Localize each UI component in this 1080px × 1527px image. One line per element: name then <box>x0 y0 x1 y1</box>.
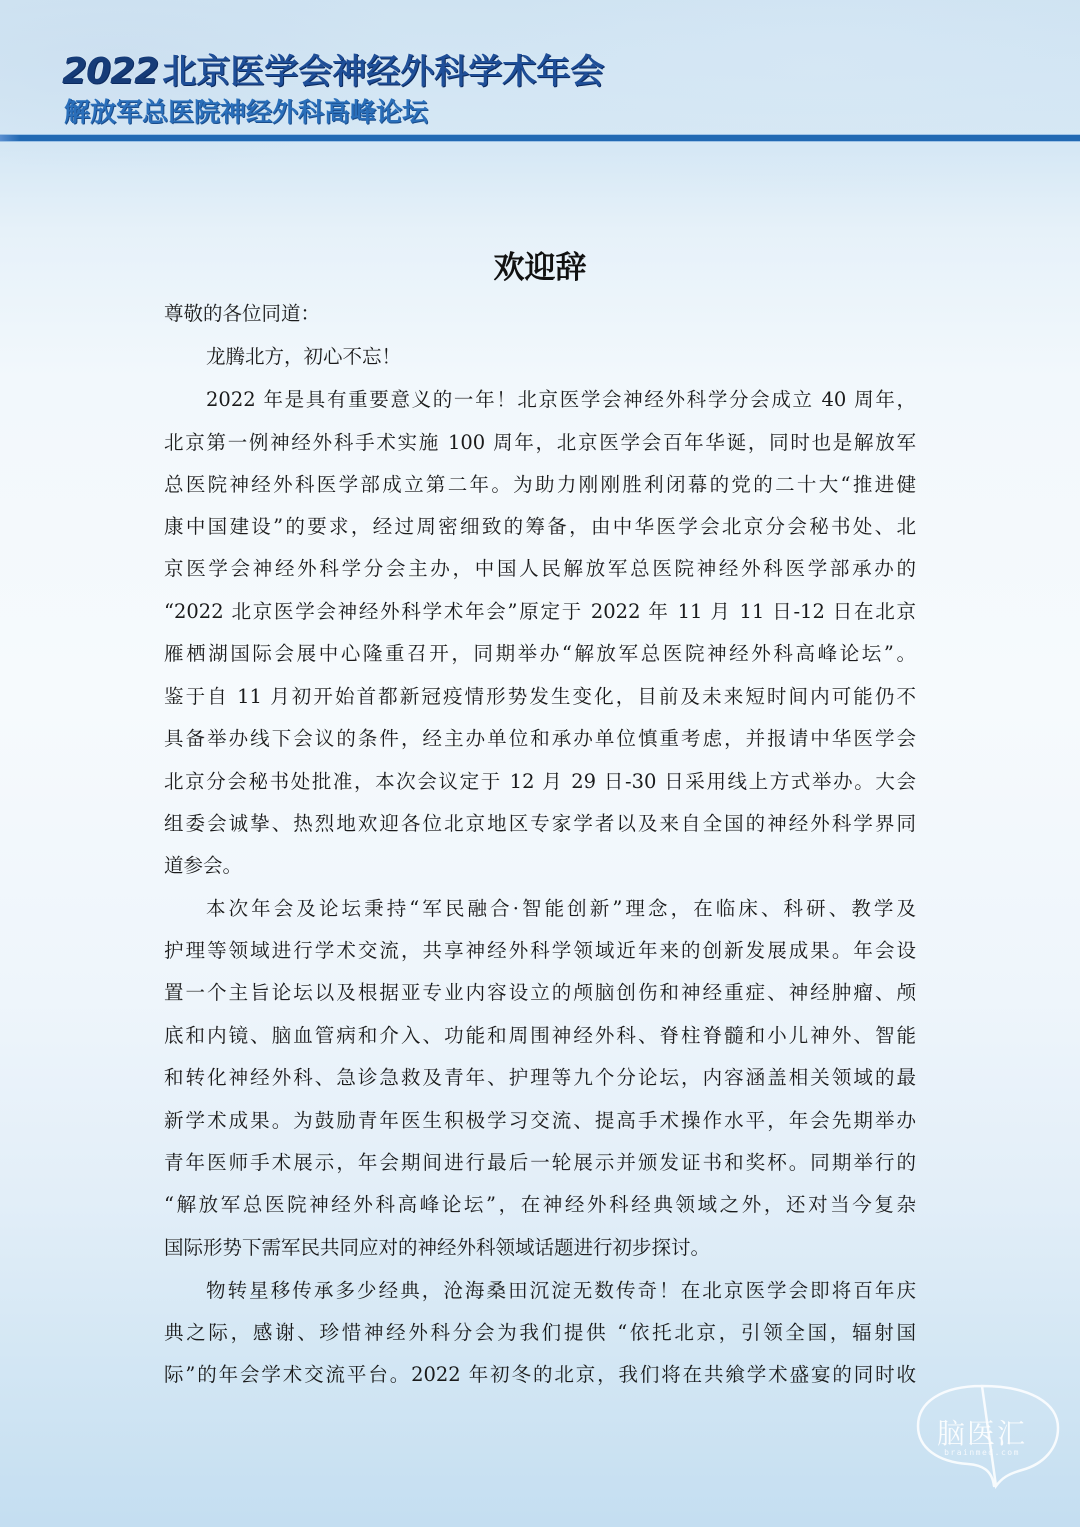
letter-line: 北京分会秘书处批准，本次会议定于 12 月 29 日-30 日采用线上方式举办。… <box>164 770 916 794</box>
letter-line: 际”的年会学术交流平台。2022 年初冬的北京，我们将在共飨学术盛宴的同时收 <box>164 1363 916 1387</box>
letter-line: 国际形势下需军民共同应对的神经外科领域话题进行初步探讨。 <box>164 1236 916 1260</box>
letter-line: “解放军总医院神经外科高峰论坛”，在神经外科经典领域之外，还对当今复杂 <box>164 1193 916 1217</box>
letter-line: 典之际，感谢、珍惜神经外科分会为我们提供 “依托北京，引领全国，辐射国 <box>164 1321 916 1345</box>
forum-subtitle: 解放军总医院神经外科高峰论坛 <box>64 92 428 129</box>
letter-line: 雁栖湖国际会展中心隆重召开，同期举办“解放军总医院神经外科高峰论坛”。 <box>164 642 916 666</box>
page-header: 2022北京医学会神经外科学术年会 解放军总医院神经外科高峰论坛 <box>0 0 1080 150</box>
header-divider <box>0 135 1080 141</box>
letter-line: 北京第一例神经外科手术实施 100 周年，北京医学会百年华诞，同时也是解放军 <box>164 431 916 455</box>
letter-line: “2022 北京医学会神经外科学术年会”原定于 2022 年 11 月 11 日… <box>164 600 916 624</box>
letter-line: 组委会诚挚、热烈地欢迎各位北京地区专家学者以及来自全国的神经外科学界同 <box>164 812 916 836</box>
conference-title-text: 北京医学会神经外科学术年会 <box>162 52 604 92</box>
letter-line: 龙腾北方，初心不忘！ <box>206 345 916 369</box>
salutation: 尊敬的各位同道： <box>164 302 916 326</box>
letter-line: 底和内镜、脑血管病和介入、功能和周围神经外科、脊柱脊髓和小儿神外、智能 <box>164 1024 916 1048</box>
letter-line: 和转化神经外科、急诊急救及青年、护理等九个分论坛，内容涵盖相关领域的最 <box>164 1066 916 1090</box>
conference-year: 2022 <box>62 51 158 92</box>
conference-title: 2022北京医学会神经外科学术年会 <box>62 44 604 93</box>
brainmed-watermark: 脑医汇 brainmed.com <box>912 1382 1062 1492</box>
letter-line: 具备举办线下会议的条件，经主办单位和承办单位慎重考虑，并报请中华医学会 <box>164 727 916 751</box>
letter-line: 总医院神经外科医学部成立第二年。为助力刚刚胜利闭幕的党的二十大“推进健 <box>164 473 916 497</box>
letter-line: 鉴于自 11 月初开始首都新冠疫情形势发生变化，目前及未来短时间内可能仍不 <box>164 685 916 709</box>
watermark-text: 脑医汇 <box>912 1412 1052 1452</box>
letter-line: 新学术成果。为鼓励青年医生积极学习交流、提高手术操作水平，年会先期举办 <box>164 1109 916 1133</box>
letter-title: 欢迎辞 <box>0 242 1080 287</box>
letter-line: 护理等领域进行学术交流，共享神经外科学领域近年来的创新发展成果。年会设 <box>164 939 916 963</box>
letter-line: 康中国建设”的要求，经过周密细致的筹备，由中华医学会北京分会秘书处、北 <box>164 515 916 539</box>
watermark-url: brainmed.com <box>912 1448 1052 1457</box>
letter-line: 青年医师手术展示，年会期间进行最后一轮展示并颁发证书和奖杯。同期举行的 <box>164 1151 916 1175</box>
letter-line: 道参会。 <box>164 854 916 878</box>
letter-line: 置一个主旨论坛以及根据亚专业内容设立的颅脑创伤和神经重症、神经肿瘤、颅 <box>164 981 916 1005</box>
letter-line: 京医学会神经外科学分会主办，中国人民解放军总医院神经外科医学部承办的 <box>164 557 916 581</box>
letter-line: 2022 年是具有重要意义的一年！北京医学会神经外科学分会成立 40 周年， <box>206 388 916 412</box>
letter-line: 物转星移传承多少经典，沧海桑田沉淀无数传奇！在北京医学会即将百年庆 <box>206 1279 916 1303</box>
letter-line: 本次年会及论坛秉持“军民融合·智能创新”理念，在临床、科研、教学及 <box>206 897 916 921</box>
